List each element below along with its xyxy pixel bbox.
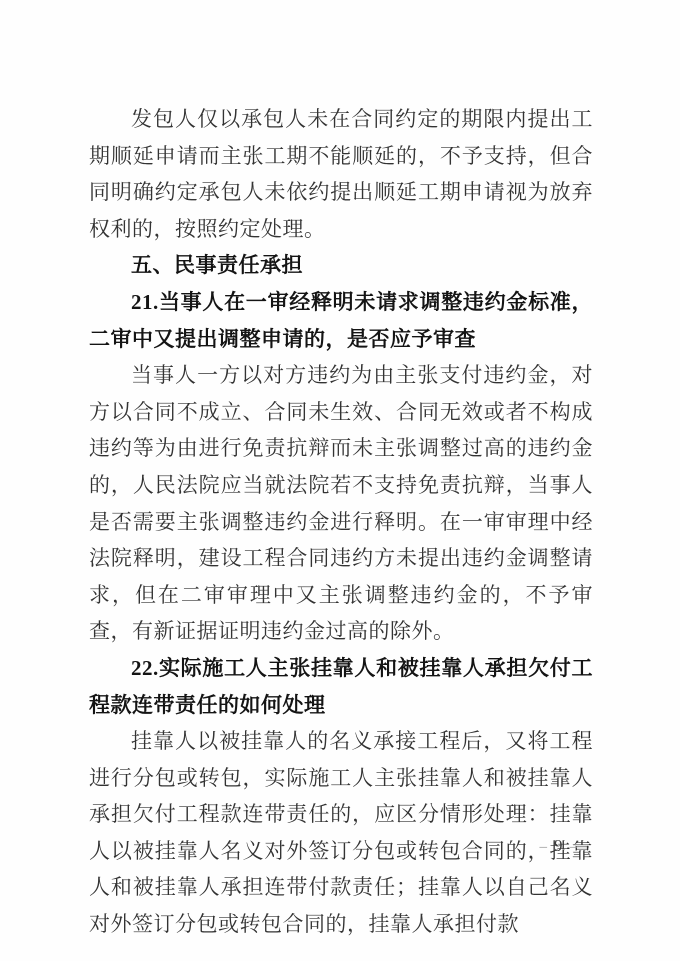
document-page: 发包人仅以承包人未在合同约定的期限内提出工期顺延申请而主张工期不能顺延的，不予支… — [0, 0, 680, 961]
page-number: –9– — [533, 836, 585, 857]
section-heading-civil-liability: 五、民事责任承担 — [89, 247, 593, 284]
paragraph-schedule-delay-claim: 发包人仅以承包人未在合同约定的期限内提出工期顺延申请而主张工期不能顺延的，不予支… — [89, 101, 593, 247]
page-number-dash-left: – — [533, 839, 555, 855]
item-21-body: 当事人一方以对方违约为由主张支付违约金，对方以合同不成立、合同未生效、合同无效或… — [89, 357, 593, 650]
page-number-value: 9 — [554, 836, 563, 855]
item-22-body: 挂靠人以被挂靠人的名义承接工程后，又将工程进行分包或转包，实际施工人主张挂靠人和… — [89, 723, 593, 943]
item-21-heading: 21.当事人在一审经释明未请求调整违约金标准，二审中又提出调整申请的，是否应予审… — [89, 284, 593, 357]
page-body: 发包人仅以承包人未在合同约定的期限内提出工期顺延申请而主张工期不能顺延的，不予支… — [89, 101, 593, 943]
page-number-dash-right: – — [563, 839, 585, 855]
item-22-heading: 22.实际施工人主张挂靠人和被挂靠人承担欠付工程款连带责任的如何处理 — [89, 650, 593, 723]
